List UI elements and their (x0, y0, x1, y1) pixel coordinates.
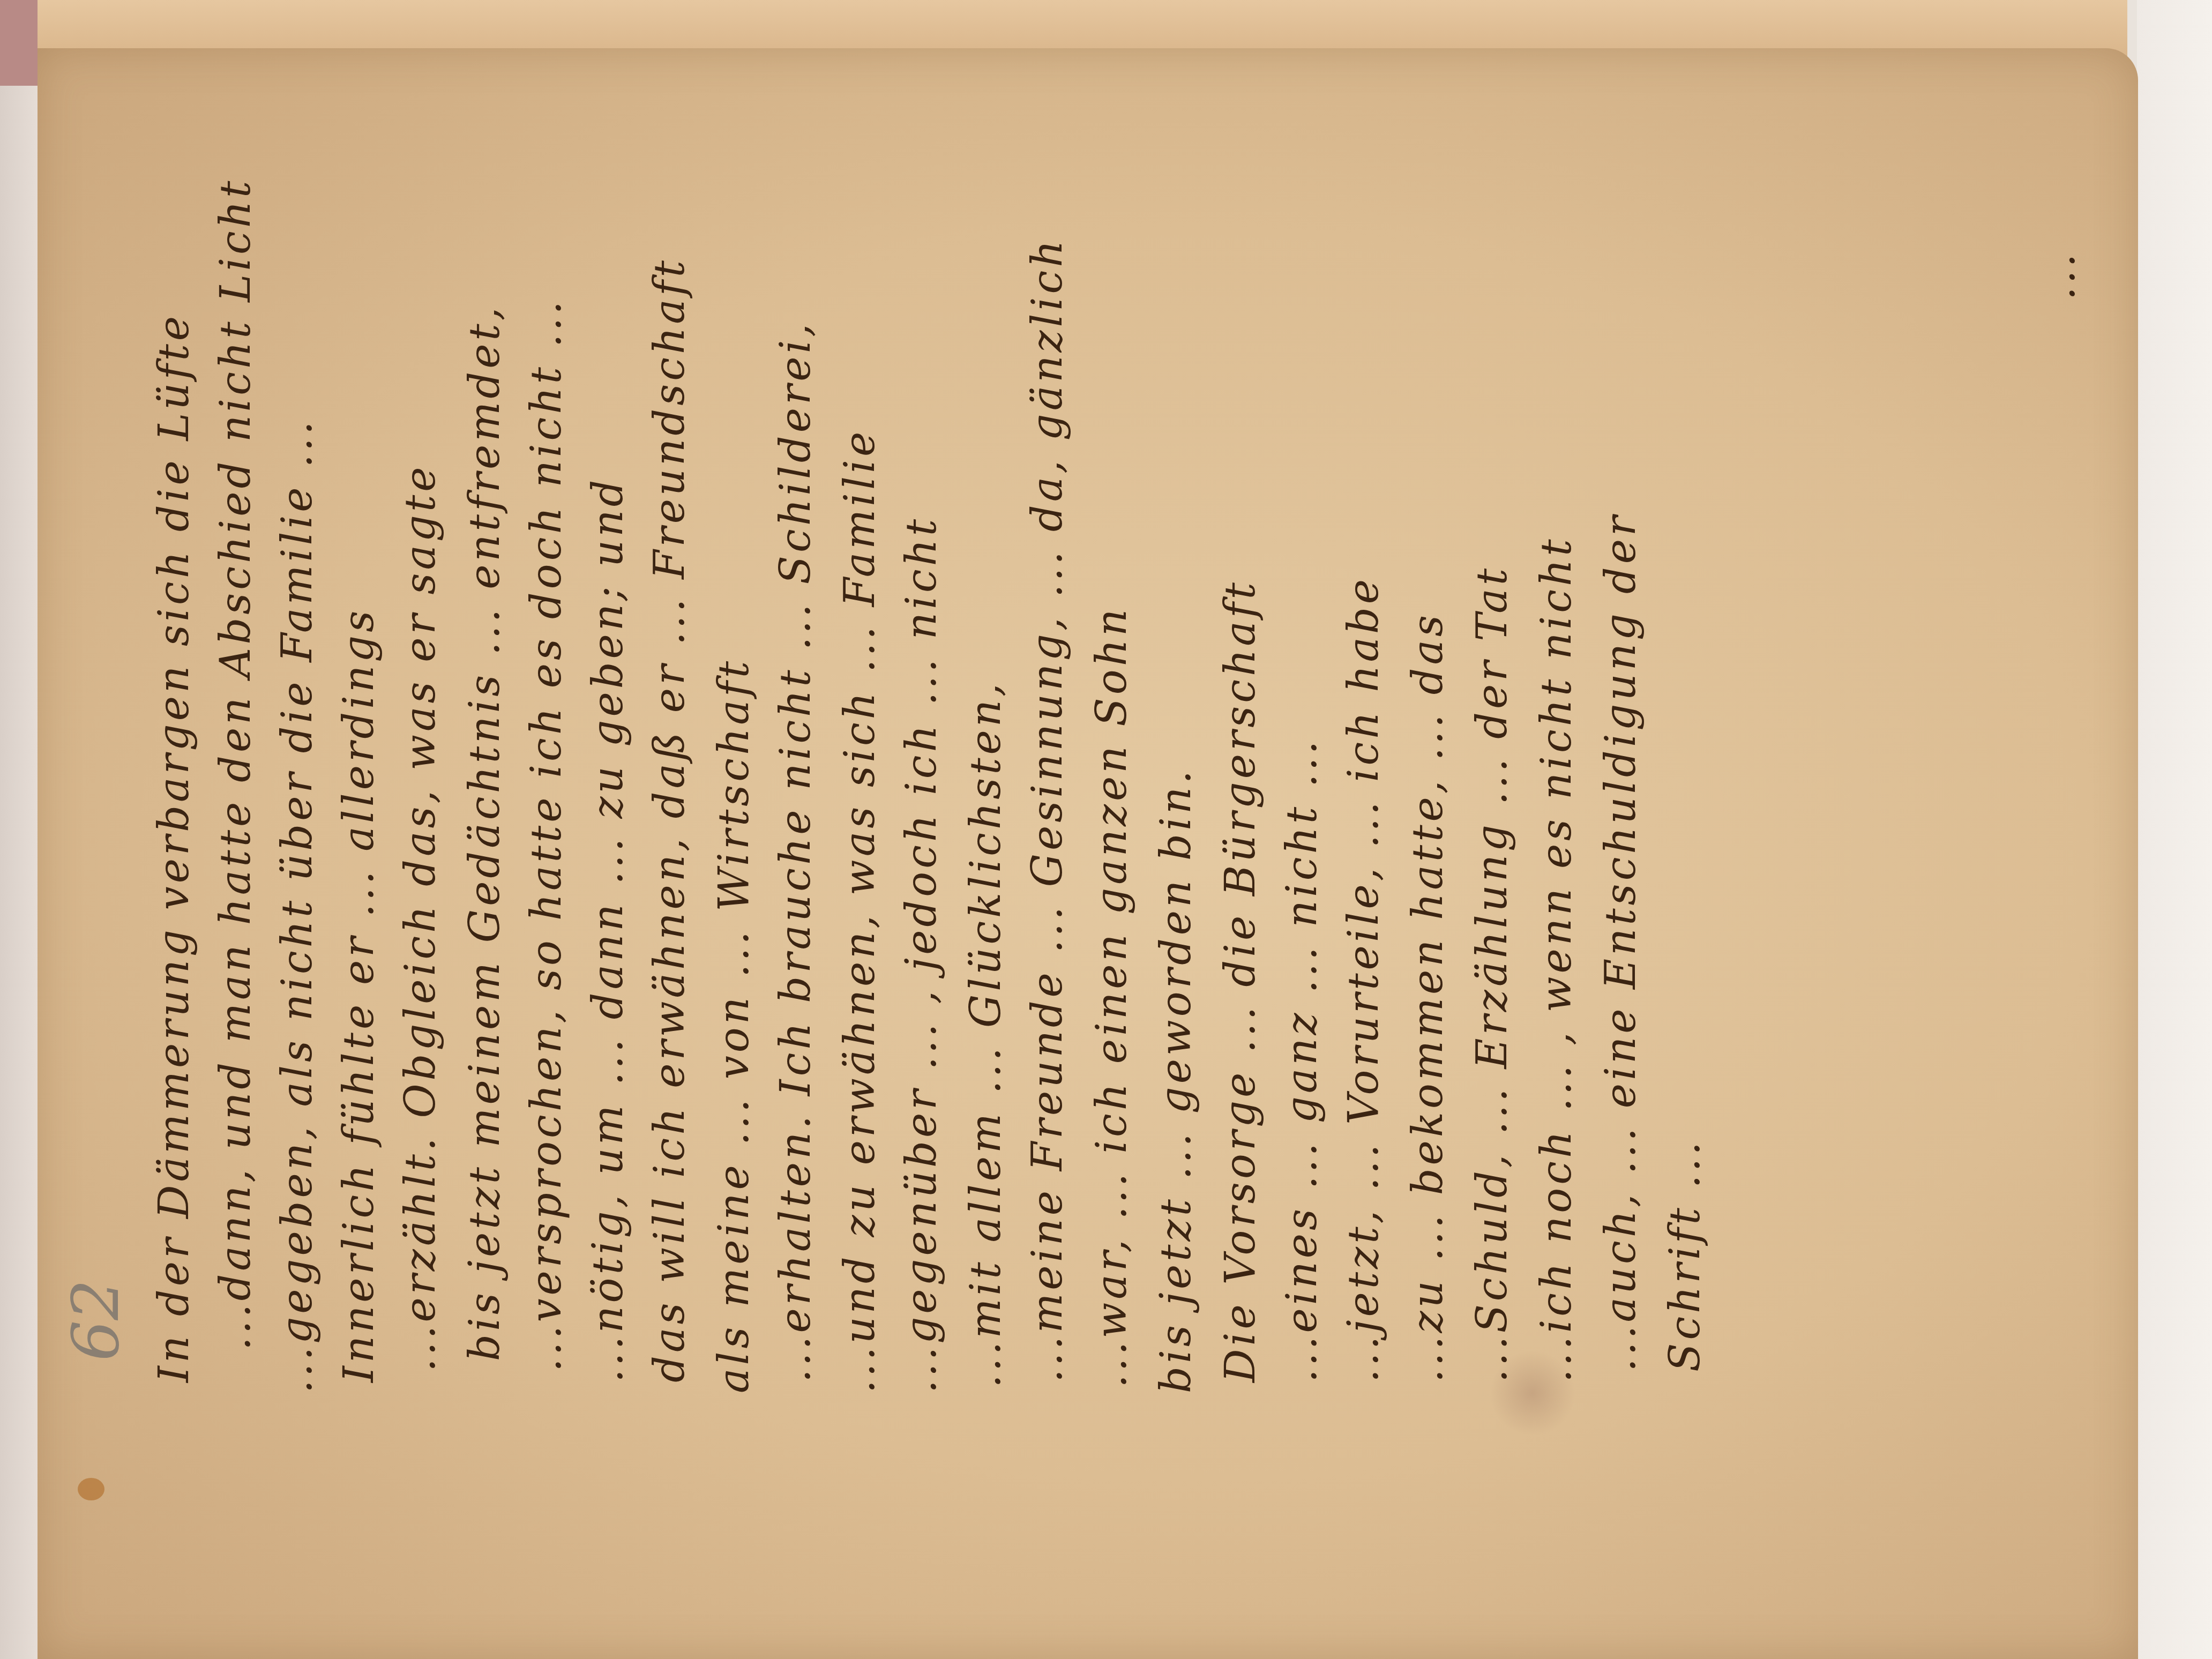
manuscript-line: ...eines ... ganz ... nicht ... (1278, 738, 1326, 1382)
manuscript-line: bis jetzt ... geworden bin. (1152, 767, 1200, 1393)
manuscript-line: das will ich erwähnen, daß er ... Freund… (646, 257, 694, 1382)
manuscript-line: ...erzählt. Obgleich das, was er sagte (397, 464, 445, 1372)
manuscript-line: als meine ... von ... Wirtschaft (710, 658, 758, 1393)
manuscript-line: ...ich noch ... , wenn es nicht nicht (1533, 536, 1581, 1382)
manuscript-line: ...gegenüber ... , jedoch ich ... nicht (898, 516, 946, 1393)
manuscript-line: ...war, ... ich einen ganzen Sohn (1088, 606, 1136, 1388)
manuscript-line: ...versprochen, so hatte ich es doch nic… (522, 298, 571, 1372)
manuscript-line: ...nötig, um ... dann ... zu geben; und (584, 477, 632, 1382)
manuscript-line: Innerlich fühlte er ... allerdings (335, 608, 383, 1382)
manuscript-line: ...zu ... bekommen hatte, ... das (1404, 612, 1452, 1382)
manuscript-line: ...auch, ... eine Entschuldigung der (1597, 513, 1645, 1372)
manuscript-line: Die Vorsorge ... die Bürgerschaft (1216, 579, 1265, 1382)
catchword: ... (2036, 251, 2084, 300)
manuscript-line: ...meine Freunde ... Gesinnung, ... da, … (1023, 237, 1072, 1382)
manuscript-line: ...mit allem ... Glücklichsten, (962, 680, 1010, 1388)
manuscript-line: Schrift ... (1661, 1139, 1709, 1372)
manuscript-line: ...und zu erwähnen, was sich ... Familie (836, 429, 884, 1393)
manuscript-line: In der Dämmerung verbargen sich die Lüft… (150, 313, 198, 1382)
manuscript-line: bis jetzt meinem Gedächtnis ... entfremd… (461, 304, 509, 1361)
manuscript-line: ...dann, und man hatte den Abschied nich… (212, 178, 260, 1350)
manuscript-line: ...gegeben, als nicht über die Familie .… (273, 418, 322, 1393)
manuscript-line: ...jetzt, ... Vorurteile, ... ich habe (1340, 576, 1388, 1382)
manuscript-line: ...Schuld, ... Erzählung ... der Tat (1468, 565, 1516, 1382)
handwritten-text-block: In der Dämmerung verbargen sich die Lüft… (0, 0, 2212, 1659)
manuscript-line: ...erhalten. Ich brauche nicht ... Schil… (772, 320, 820, 1382)
